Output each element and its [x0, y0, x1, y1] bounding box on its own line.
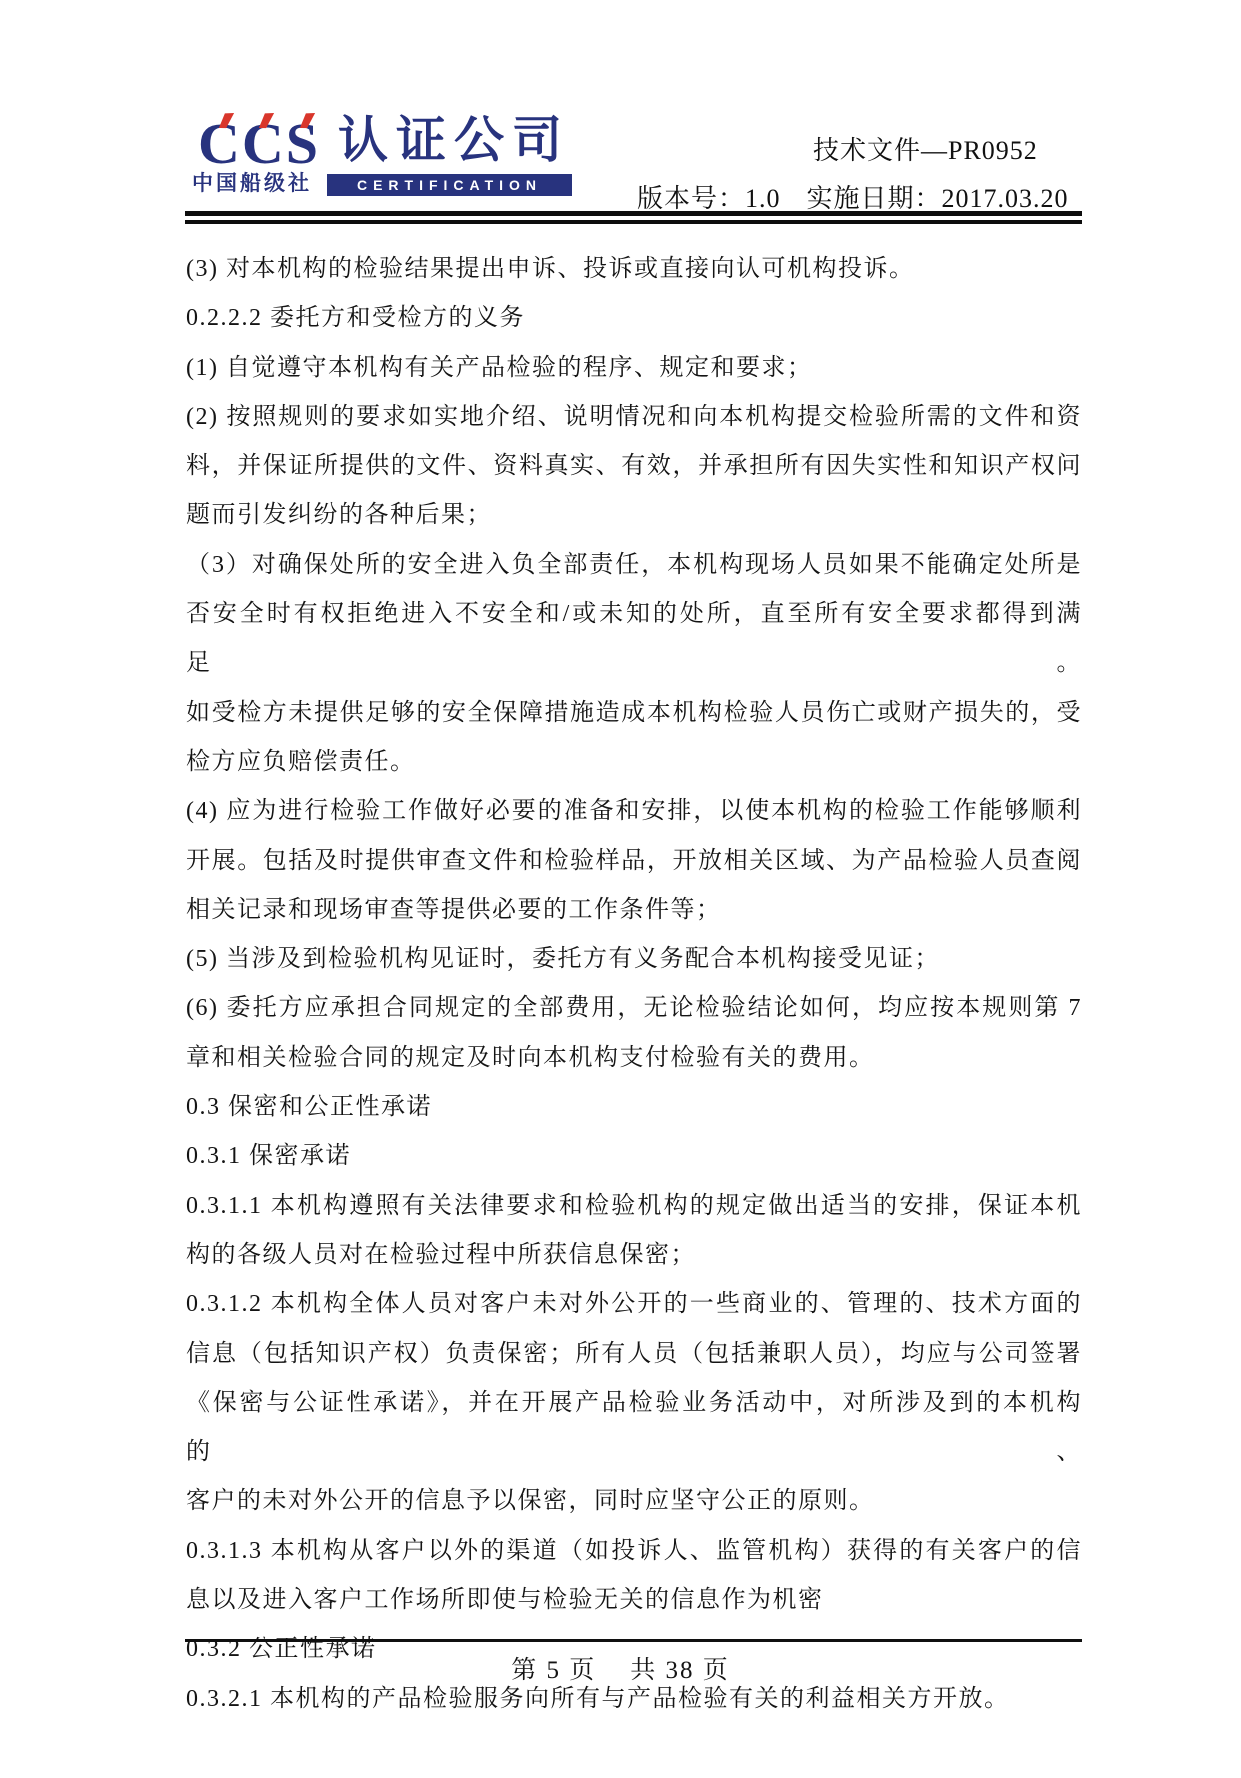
- body-line: 0.3 保密和公正性承诺: [186, 1083, 1082, 1132]
- page-number: 第 5 页共 38 页: [0, 1650, 1241, 1686]
- body-line: 信息（包括知识产权）负责保密；所有人员（包括兼职人员），均应与公司签署: [186, 1330, 1082, 1379]
- body-line: 0.3.1.1 本机构遵照有关法律要求和检验机构的规定做出适当的安排，保证本机: [186, 1182, 1082, 1231]
- body-line: (2) 按照规则的要求如实地介绍、说明情况和向本机构提交检验所需的文件和资: [186, 393, 1082, 442]
- body-line: 客户的未对外公开的信息予以保密，同时应坚守公正的原则。: [186, 1477, 1082, 1526]
- body-line: 料，并保证所提供的文件、资料真实、有效，并承担所有因失实性和知识产权问: [186, 442, 1082, 491]
- footer-rule: [185, 1639, 1082, 1642]
- body-line: 如受检方未提供足够的安全保障措施造成本机构检验人员伤亡或财产损失的，受: [186, 689, 1082, 738]
- version-number: 版本号：1.0: [637, 184, 781, 213]
- body-line: 0.3.1.3 本机构从客户以外的渠道（如投诉人、监管机构）获得的有关客户的信: [186, 1527, 1082, 1576]
- implementation-date: 实施日期：2017.03.20: [807, 184, 1069, 213]
- body-line: 否安全时有权拒绝进入不安全和/或未知的处所，直至所有安全要求都得到满足。: [186, 590, 1082, 689]
- logo-org-name: 中国船级社: [192, 172, 320, 196]
- body-line: 检方应负赔偿责任。: [186, 738, 1082, 787]
- body-line: 《保密与公证性承诺》，并在开展产品检验业务活动中，对所涉及到的本机构的、: [186, 1379, 1082, 1478]
- body-line: (6) 委托方应承担合同规定的全部费用，无论检验结论如何，均应按本规则第 7: [186, 984, 1082, 1033]
- document-body: (3) 对本机构的检验结果提出申诉、投诉或直接向认可机构投诉。 0.2.2.2 …: [186, 245, 1082, 1724]
- body-line: 构的各级人员对在检验过程中所获信息保密；: [186, 1231, 1082, 1280]
- body-line: (5) 当涉及到检验机构见证时，委托方有义务配合本机构接受见证；: [186, 935, 1082, 984]
- ccs-logo-mark: CCS: [198, 114, 326, 176]
- version-line: 版本号：1.0实施日期：2017.03.20: [637, 178, 1069, 215]
- ccs-logo: CCS 中国船级社 认证公司 CERTIFICATION: [192, 112, 582, 202]
- doc-number: 技术文件—PR0952: [813, 130, 1038, 167]
- header-rule: [185, 211, 1082, 224]
- document-page: CCS 中国船级社 认证公司 CERTIFICATION 技术文件—PR0952…: [0, 0, 1241, 1778]
- logo-company-name: 认证公司: [338, 112, 570, 168]
- body-line: 息以及进入客户工作场所即使与检验无关的信息作为机密: [186, 1576, 1082, 1625]
- body-line: 0.3.1 保密承诺: [186, 1132, 1082, 1181]
- body-line: 题而引发纠纷的各种后果；: [186, 491, 1082, 540]
- body-line: (1) 自觉遵守本机构有关产品检验的程序、规定和要求；: [186, 344, 1082, 393]
- body-line: 开展。包括及时提供审查文件和检验样品，开放相关区域、为产品检验人员查阅: [186, 837, 1082, 886]
- body-line: （3）对确保处所的安全进入负全部责任，本机构现场人员如果不能确定处所是: [186, 541, 1082, 590]
- body-line: 相关记录和现场审查等提供必要的工作条件等；: [186, 886, 1082, 935]
- certification-bar: CERTIFICATION: [327, 174, 572, 196]
- body-line: 章和相关检验合同的规定及时向本机构支付检验有关的费用。: [186, 1034, 1082, 1083]
- body-line: (3) 对本机构的检验结果提出申诉、投诉或直接向认可机构投诉。: [186, 245, 1082, 294]
- body-line: (4) 应为进行检验工作做好必要的准备和安排，以使本机构的检验工作能够顺利: [186, 787, 1082, 836]
- page-current: 第 5 页: [511, 1650, 596, 1686]
- page-total: 共 38 页: [630, 1650, 730, 1686]
- body-line: 0.3.1.2 本机构全体人员对客户未对外公开的一些商业的、管理的、技术方面的: [186, 1280, 1082, 1329]
- body-line: 0.2.2.2 委托方和受检方的义务: [186, 294, 1082, 343]
